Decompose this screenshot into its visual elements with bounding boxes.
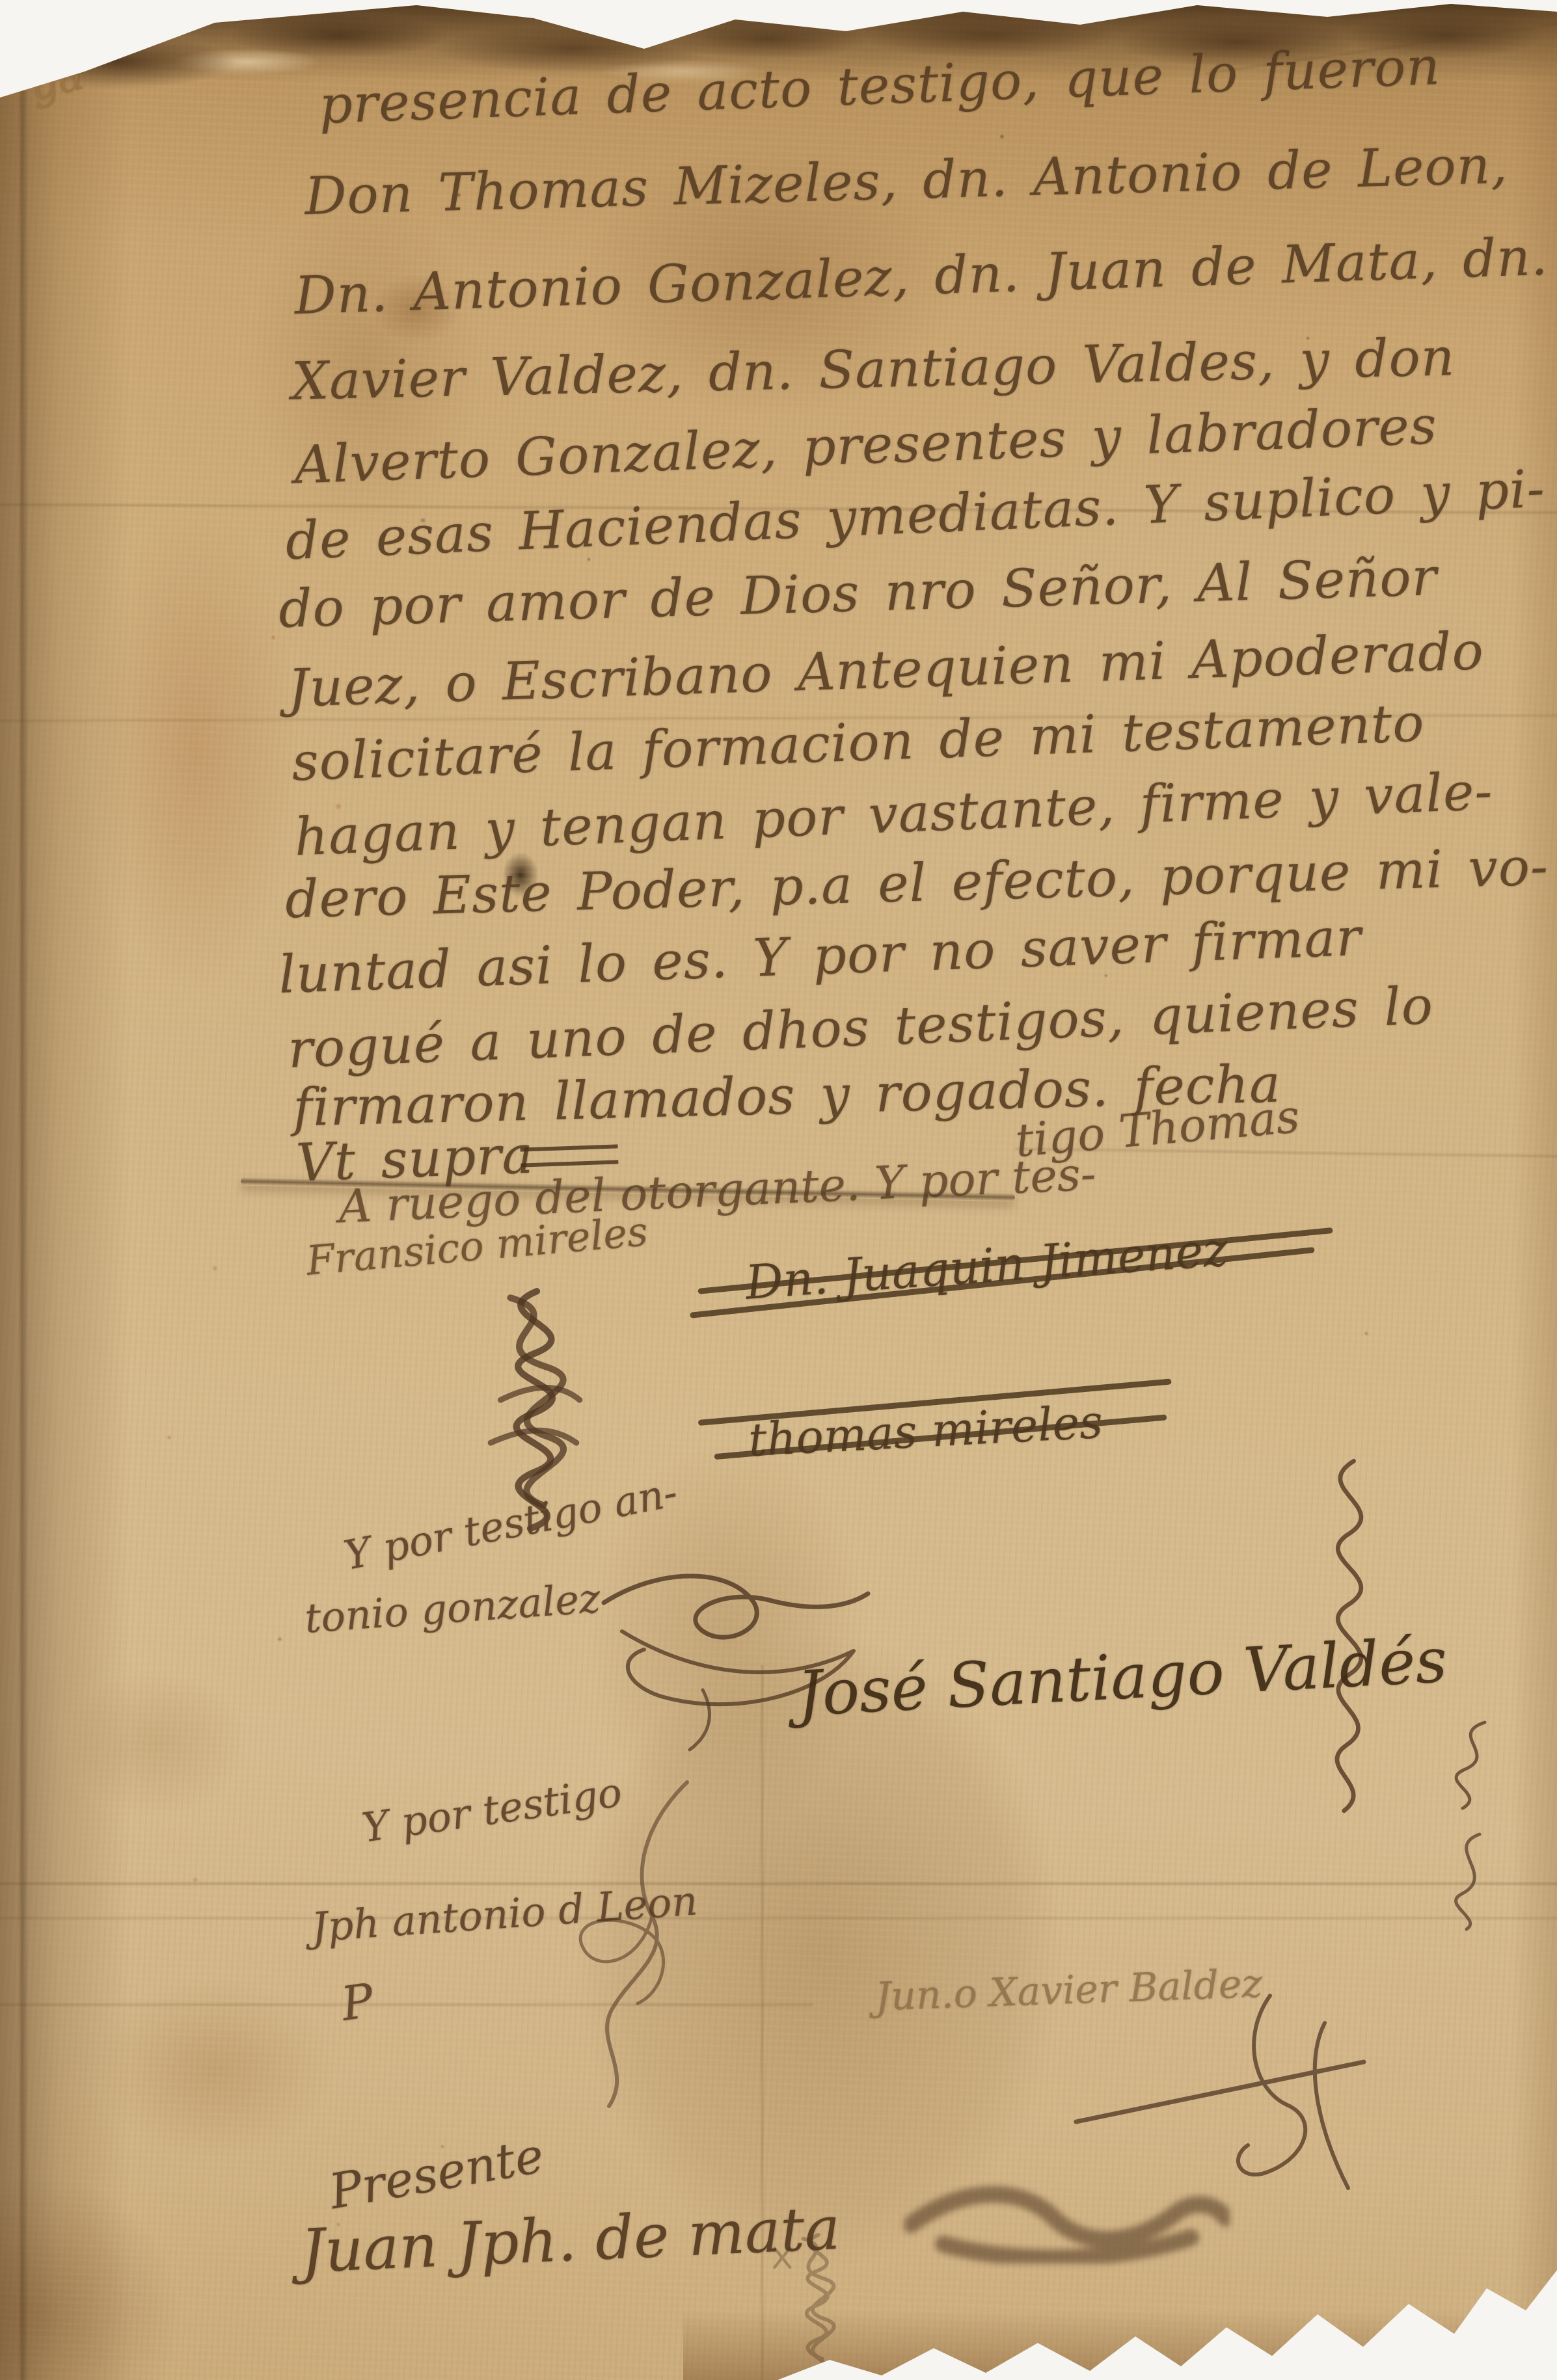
manuscript-line: Xavier Valdez, dn. Santiago Valdes, y do… <box>291 331 1455 407</box>
rubric-flourish-lattice-faded-icon <box>729 2231 904 2374</box>
fold-crease <box>0 1916 1557 1921</box>
manuscript-page: ga presencia de acto testigo, que lo fue… <box>0 0 1557 2380</box>
signature-p-initial: P <box>338 1977 376 2027</box>
signature-presente: Presente <box>326 2132 547 2217</box>
rubric-flourish-s-icon <box>1425 1717 1510 1932</box>
rubric-flourish-ghost-icon <box>904 2146 1230 2264</box>
fold-crease <box>0 1881 1557 1886</box>
manuscript-line: Don Thomas Mizeles, dn. Antonio de Leon, <box>304 139 1508 222</box>
double-dash-mark <box>521 1144 619 1167</box>
manuscript-line: Dn. Antonio Gonzalez, dn. Juan de Mata, … <box>293 231 1549 323</box>
signature-witness-antonio-line2: tonio gonzalez <box>303 1578 601 1639</box>
worn-right-edge <box>1511 0 1557 2380</box>
signature-crossed-juaquin-jimenez: Dn. Juaquin Jimenez <box>744 1225 1229 1306</box>
worn-left-edge <box>0 0 130 2380</box>
scanner-background: { "document_type": "aged handwritten Spa… <box>0 0 1557 2380</box>
signature-crossed-thomas-mireles: thomas mireles <box>748 1399 1104 1463</box>
margin-note: ga <box>25 53 87 107</box>
rubric-flourish-center-icon <box>560 1777 729 2115</box>
